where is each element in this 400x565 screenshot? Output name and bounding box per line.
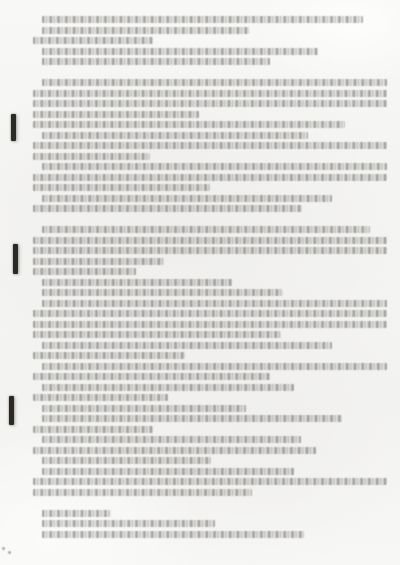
redaction-notice: Redacted facsimile: the scanned Japanese…: [0, 16, 1, 17]
redacted-text-line: [42, 468, 294, 475]
redacted-text-line: [42, 363, 387, 370]
redacted-text-line: [33, 447, 316, 454]
redacted-text-line: [33, 121, 345, 128]
redacted-text-line: [33, 153, 150, 160]
redacted-text-line: [33, 310, 387, 317]
scan-artifact-bar: [13, 244, 18, 274]
redacted-text-line: [42, 79, 387, 86]
redacted-text-line: [42, 289, 283, 296]
redacted-text-line: [42, 58, 270, 65]
redacted-text-line: [33, 100, 387, 107]
redacted-text-line: [33, 111, 199, 118]
redacted-text-line: [42, 195, 332, 202]
redacted-text-line: [33, 247, 387, 254]
redacted-text-line: [42, 300, 387, 307]
redacted-text-line: [33, 478, 387, 485]
redacted-text-line: [33, 321, 387, 328]
scan-speck: [2, 547, 5, 550]
redacted-text-line: [42, 27, 249, 34]
redacted-text-line: [42, 510, 111, 517]
redacted-text-line: [42, 457, 211, 464]
redacted-text-line: [33, 258, 164, 265]
redacted-text-line: [33, 331, 281, 338]
redacted-text-line: [42, 163, 387, 170]
redacted-text-line: [33, 90, 387, 97]
redacted-text-line: [33, 489, 252, 496]
redacted-text-line: [42, 405, 246, 412]
redacted-text-line: [42, 436, 301, 443]
redacted-text-line: [33, 352, 185, 359]
redacted-text-line: [42, 48, 318, 55]
redacted-text-line: [33, 237, 387, 244]
redacted-text-line: [33, 394, 168, 401]
redacted-text-line: [33, 426, 153, 433]
scanned-page: Redacted facsimile: the scanned Japanese…: [0, 0, 400, 565]
redacted-text-line: [33, 142, 387, 149]
redacted-text-line: [42, 531, 304, 538]
scan-artifact-bar: [11, 114, 16, 141]
redacted-text-line: [33, 205, 302, 212]
redacted-text-line: [42, 384, 294, 391]
redacted-text-line: [42, 132, 308, 139]
redacted-text-line: [33, 268, 136, 275]
redacted-text-line: [42, 520, 215, 527]
redacted-text-line: [42, 16, 363, 23]
redacted-text-line: [33, 184, 210, 191]
redacted-text-line: [33, 37, 153, 44]
redacted-text-line: [42, 342, 332, 349]
redacted-text-line: [42, 415, 342, 422]
redacted-text-line: [33, 174, 387, 181]
scan-speck: [8, 551, 11, 554]
scan-artifact-bar: [9, 396, 14, 425]
redacted-text-line: [42, 226, 370, 233]
redacted-text-line: [33, 373, 270, 380]
redacted-text-line: [42, 279, 232, 286]
